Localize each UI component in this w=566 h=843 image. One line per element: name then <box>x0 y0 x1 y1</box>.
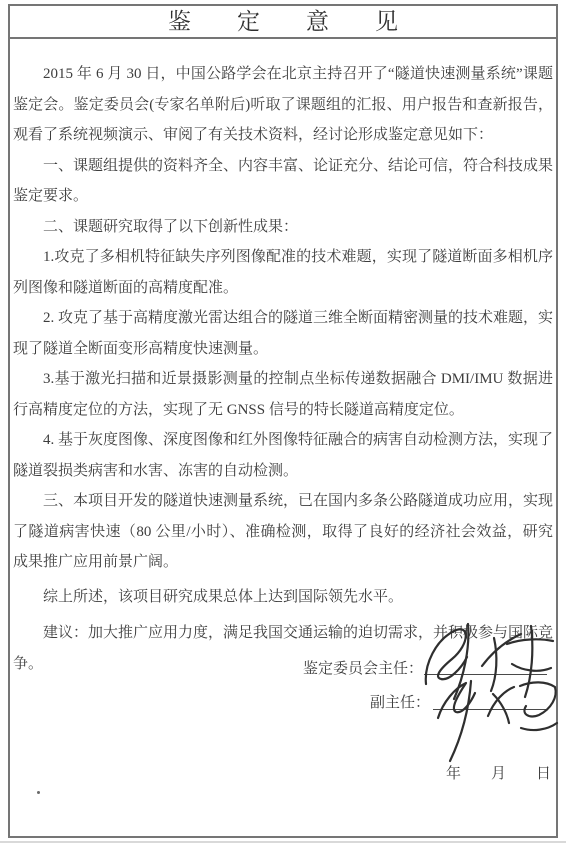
paragraph-achievement-4: 4. 基于灰度图像、深度图像和红外图像特征融合的病害自动检测方法，实现了隧道裂损… <box>13 425 553 486</box>
appraisal-opinion-page: 鉴 定 意 见 2015 年 6 月 30 日，中国公路学会在北京主持召开了“隧… <box>0 0 566 843</box>
paragraph-intro: 2015 年 6 月 30 日，中国公路学会在北京主持召开了“隧道快速测量系统”… <box>13 59 553 151</box>
paragraph-achievement-2: 2. 攻克了基于高精度激光雷达组合的隧道三维全断面精密测量的技术难题，实现了隧道… <box>13 303 553 364</box>
chair-signature-line <box>424 674 547 675</box>
document-body: 2015 年 6 月 30 日，中国公路学会在北京主持召开了“隧道快速测量系统”… <box>10 39 556 679</box>
page-border-frame: 鉴 定 意 见 2015 年 6 月 30 日，中国公路学会在北京主持召开了“隧… <box>8 4 558 838</box>
paragraph-recommendation: 建议：加大推广应用力度，满足我国交通运输的迫切需求，并积极参与国际竞争。 <box>13 618 553 679</box>
paragraph-item-3: 三、本项目开发的隧道快速测量系统，已在国内多条公路隧道成功应用，实现了隧道病害快… <box>13 486 553 578</box>
chair-signature-label: 鉴定委员会主任： <box>303 657 423 678</box>
paragraph-achievement-3: 3.基于激光扫描和近景摄影测量的控制点坐标传递数据融合 DMI/IMU 数据进行… <box>13 364 553 425</box>
paragraph-item-1: 一、课题组提供的资料齐全、内容丰富、论证充分、结论可信，符合科技成果鉴定要求。 <box>13 151 553 212</box>
paragraph-item-2: 二、课题研究取得了以下创新性成果： <box>13 212 553 243</box>
vice-chair-signature-line <box>433 709 546 710</box>
paragraph-achievement-1: 1.攻克了多相机特征缺失序列图像配准的技术难题，实现了隧道断面多相机序列图像和隧… <box>13 242 553 303</box>
date-blank-line: 年 月 日 <box>446 762 551 783</box>
scan-speck <box>37 791 40 794</box>
paragraph-conclusion: 综上所述，该项目研究成果总体上达到国际领先水平。 <box>13 582 553 613</box>
vice-chair-signature-label: 副主任： <box>370 691 430 712</box>
page-title: 鉴 定 意 见 <box>10 6 556 39</box>
